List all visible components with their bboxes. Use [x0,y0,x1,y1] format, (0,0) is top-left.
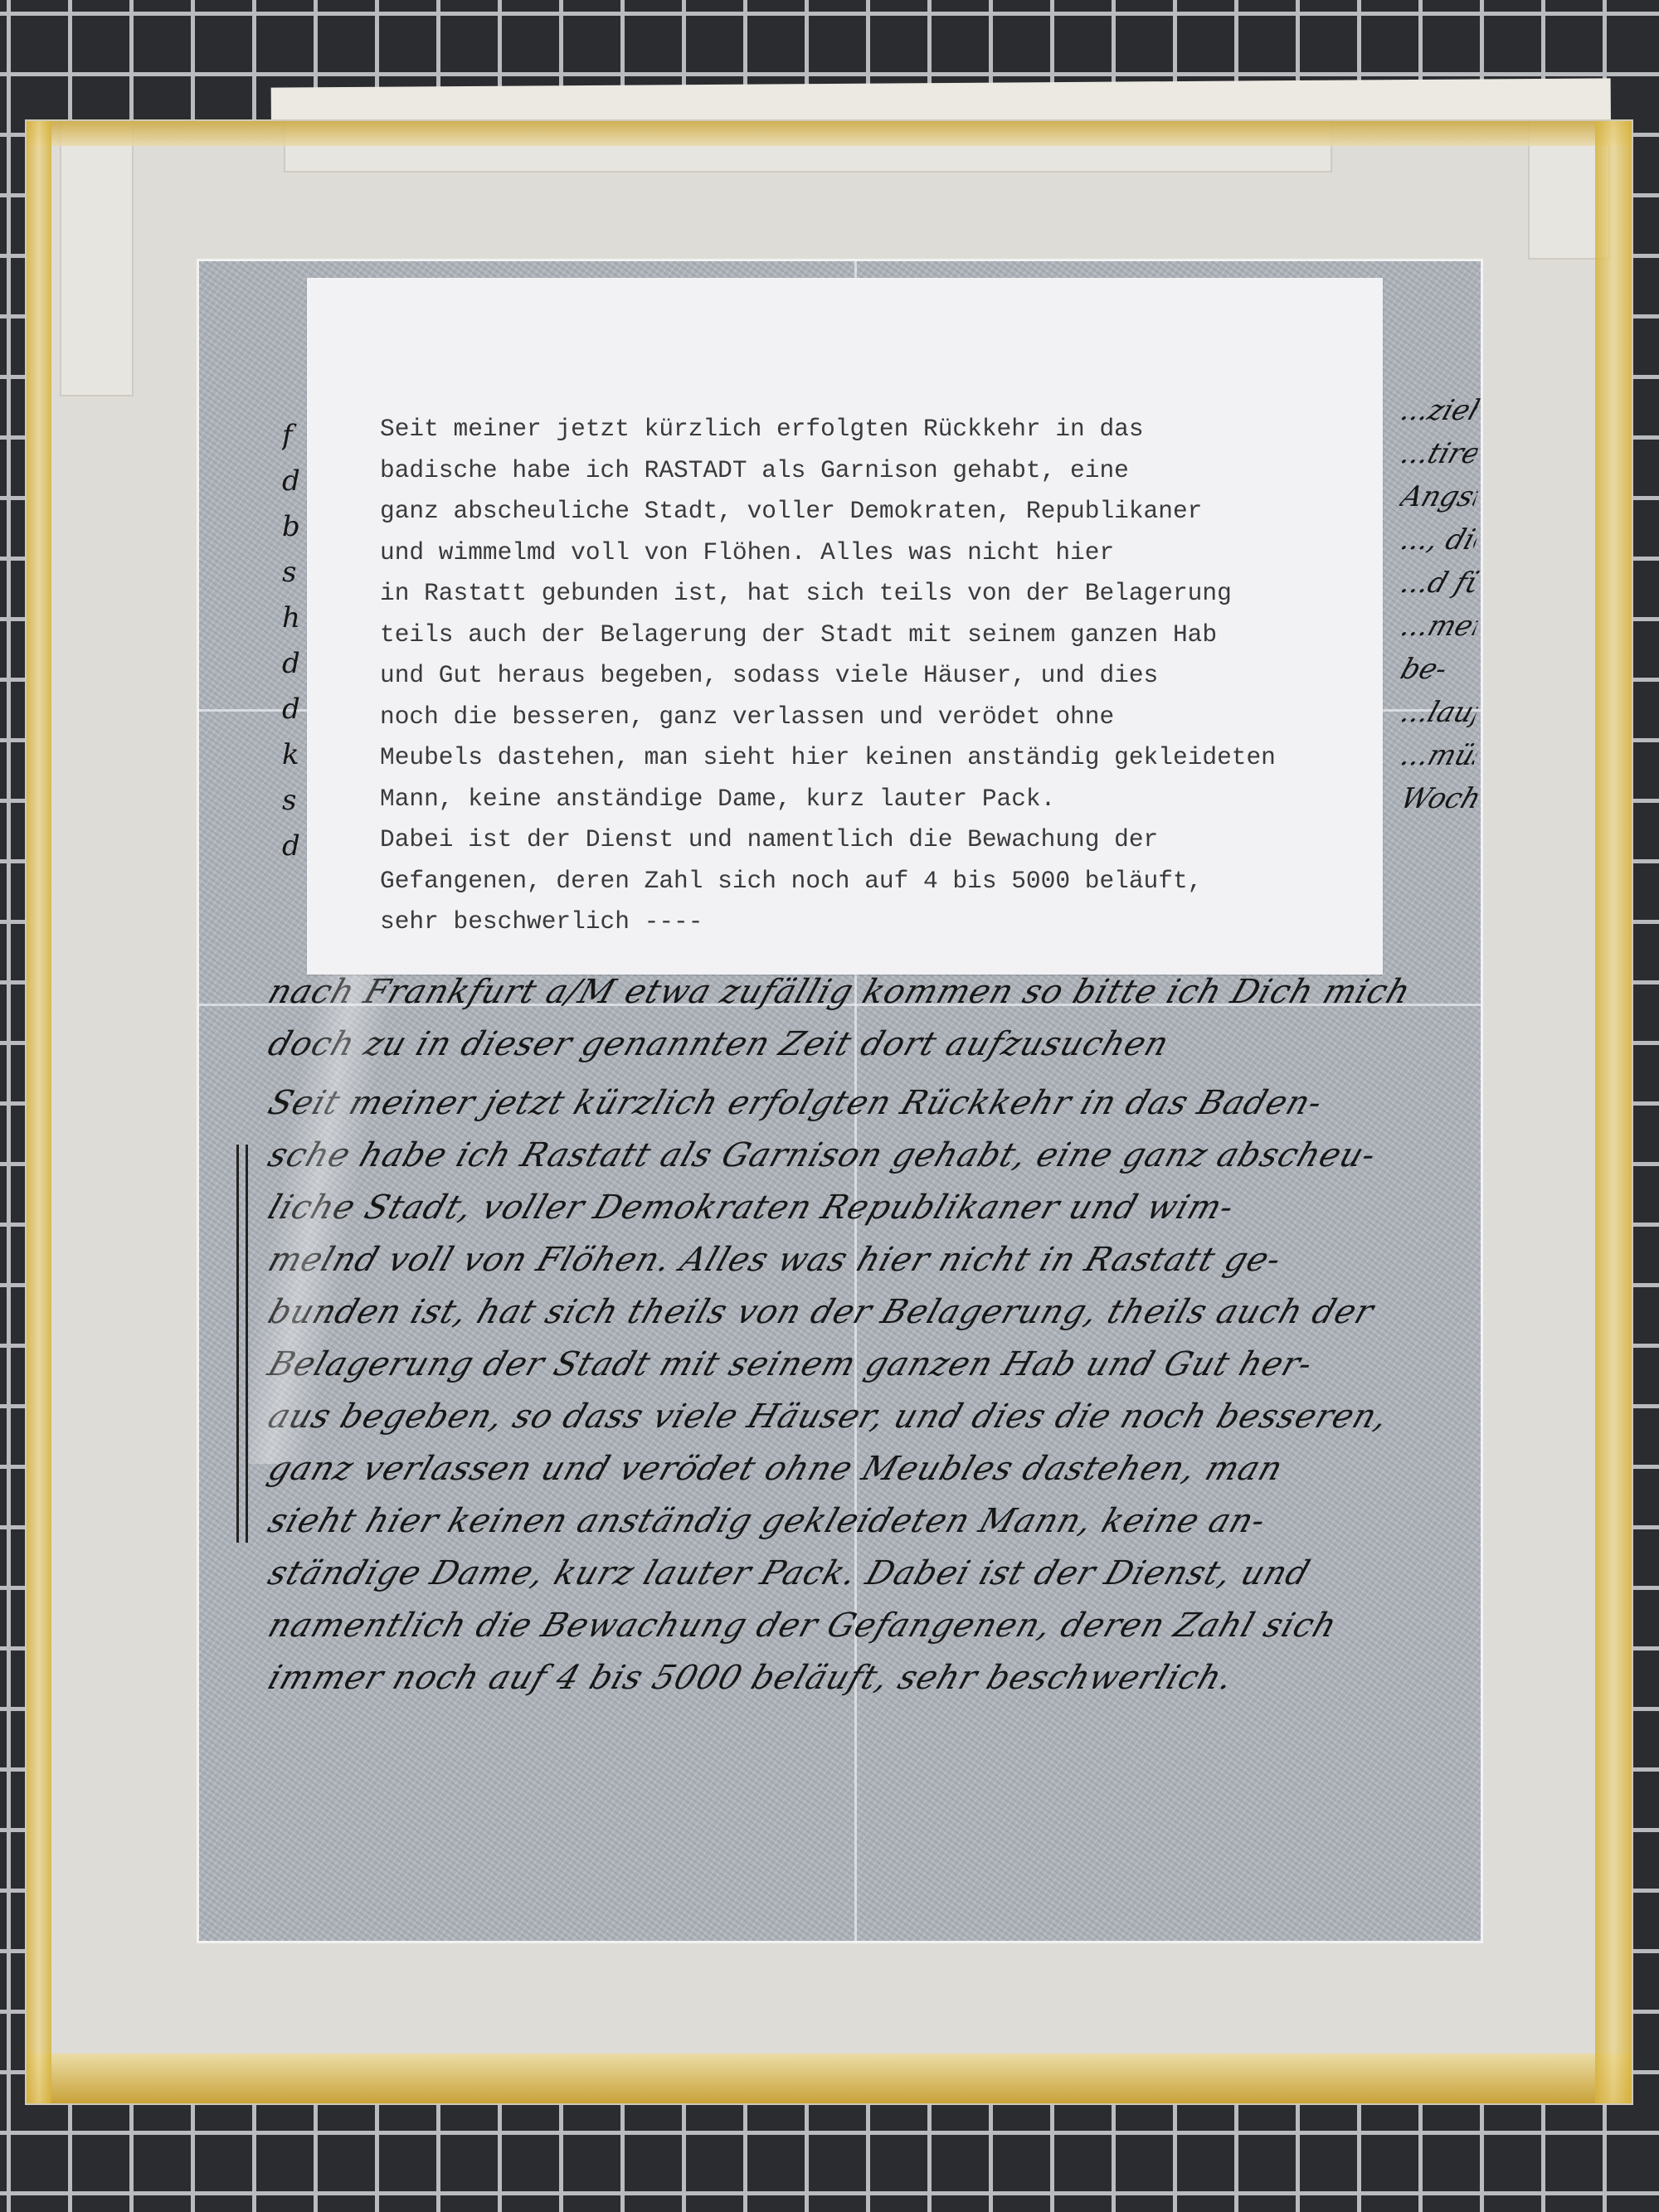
handwritten-fragment: s [282,556,307,589]
handwritten-fragment: ...men [1397,610,1482,643]
handwritten-fragment: d [282,647,307,680]
transcription-line: in Rastatt gebunden ist, hat sich teils … [380,579,1232,607]
transcription-line: Gefangenen, deren Zahl sich noch auf 4 b… [380,867,1202,895]
transcription-line: sehr beschwerlich ---- [380,907,703,936]
handwritten-fragment: b [282,510,307,543]
handwritten-fragment: ...tiren [1397,437,1482,470]
handwritten-fragment: ...ziehen [1397,394,1482,427]
handwritten-fragment: f [282,419,307,452]
handwritten-fragment: d [282,829,307,863]
handwritten-line: aus begeben, so dass viele Häuser, und d… [264,1398,1438,1436]
transcription-line: ganz abscheuliche Stadt, voller Demokrat… [380,497,1202,525]
margin-double-line [236,1145,248,1543]
yellowed-tape-left [27,121,51,2103]
handwritten-fragment: ..., die [1397,523,1482,557]
transcription-line: teils auch der Belagerung der Stadt mit … [380,620,1217,649]
transcription-line: badische habe ich RASTADT als Garnison g… [380,456,1129,484]
yellowed-tape-right [1595,121,1632,2103]
handwritten-line: melnd voll von Flöhen. Alles was hier ni… [264,1241,1438,1279]
transcription-line: und Gut heraus begeben, sodass viele Häu… [380,661,1158,689]
typed-transcription-card: Seit meiner jetzt kürzlich erfolgten Rüc… [307,278,1383,975]
yellowed-tape-top [27,121,1632,146]
transcription-line: und wimmelmd voll von Flöhen. Alles was … [380,538,1114,566]
handwritten-fragment: ...lauft [1397,696,1482,729]
handwritten-line: doch zu in dieser genannten Zeit dort au… [264,1025,1438,1063]
handwritten-fragment: Woche [1397,782,1482,815]
transcription-text: Seit meiner jetzt kürzlich erfolgten Rüc… [380,409,1276,943]
handwritten-fragment: ...müsse [1397,739,1482,772]
handwritten-fragment: h [282,601,307,634]
transcription-line: Meubels dastehen, man sieht hier keinen … [380,743,1276,771]
handwritten-line: sieht hier keinen anständig gekleideten … [264,1502,1438,1540]
handwritten-fragment: d [282,693,307,726]
handwritten-line: sche habe ich Rastatt als Garnison gehab… [264,1136,1438,1174]
handwritten-line: namentlich die Bewachung der Gefangenen,… [264,1607,1438,1645]
handwritten-line: Seit meiner jetzt kürzlich erfolgten Rüc… [264,1084,1438,1122]
handwritten-fragment: k [282,738,307,771]
transcription-line: noch die besseren, ganz verlassen und ve… [380,702,1114,731]
handwritten-fragment: d [282,464,307,498]
handwritten-line: ständige Dame, kurz lauter Pack. Dabei i… [264,1554,1438,1592]
mounting-hinge [60,121,134,396]
handwritten-line: bunden ist, hat sich theils von der Bela… [264,1293,1438,1331]
handwritten-fragment: Angst [1397,480,1482,513]
handwritten-line: nach Frankfurt a/M etwa zufällig kommen … [264,973,1438,1011]
handwritten-line: liche Stadt, voller Demokraten Republika… [264,1189,1438,1227]
transcription-line: Seit meiner jetzt kürzlich erfolgten Rüc… [380,415,1144,443]
handwritten-line: ganz verlassen und verödet ohne Meubles … [264,1450,1438,1488]
handwritten-line: Belagerung der Stadt mit seinem ganzen H… [264,1345,1438,1383]
handwritten-line: immer noch auf 4 bis 5000 beläuft, sehr … [264,1659,1438,1697]
handwritten-fragment: ...d für [1397,566,1482,600]
transcription-line: Dabei ist der Dienst und namentlich die … [380,825,1158,853]
yellowed-tape-bottom [27,2054,1632,2103]
handwritten-fragment: be- [1397,653,1482,686]
handwritten-fragment: s [282,784,307,817]
transcription-line: Mann, keine anständige Dame, kurz lauter… [380,785,1055,813]
